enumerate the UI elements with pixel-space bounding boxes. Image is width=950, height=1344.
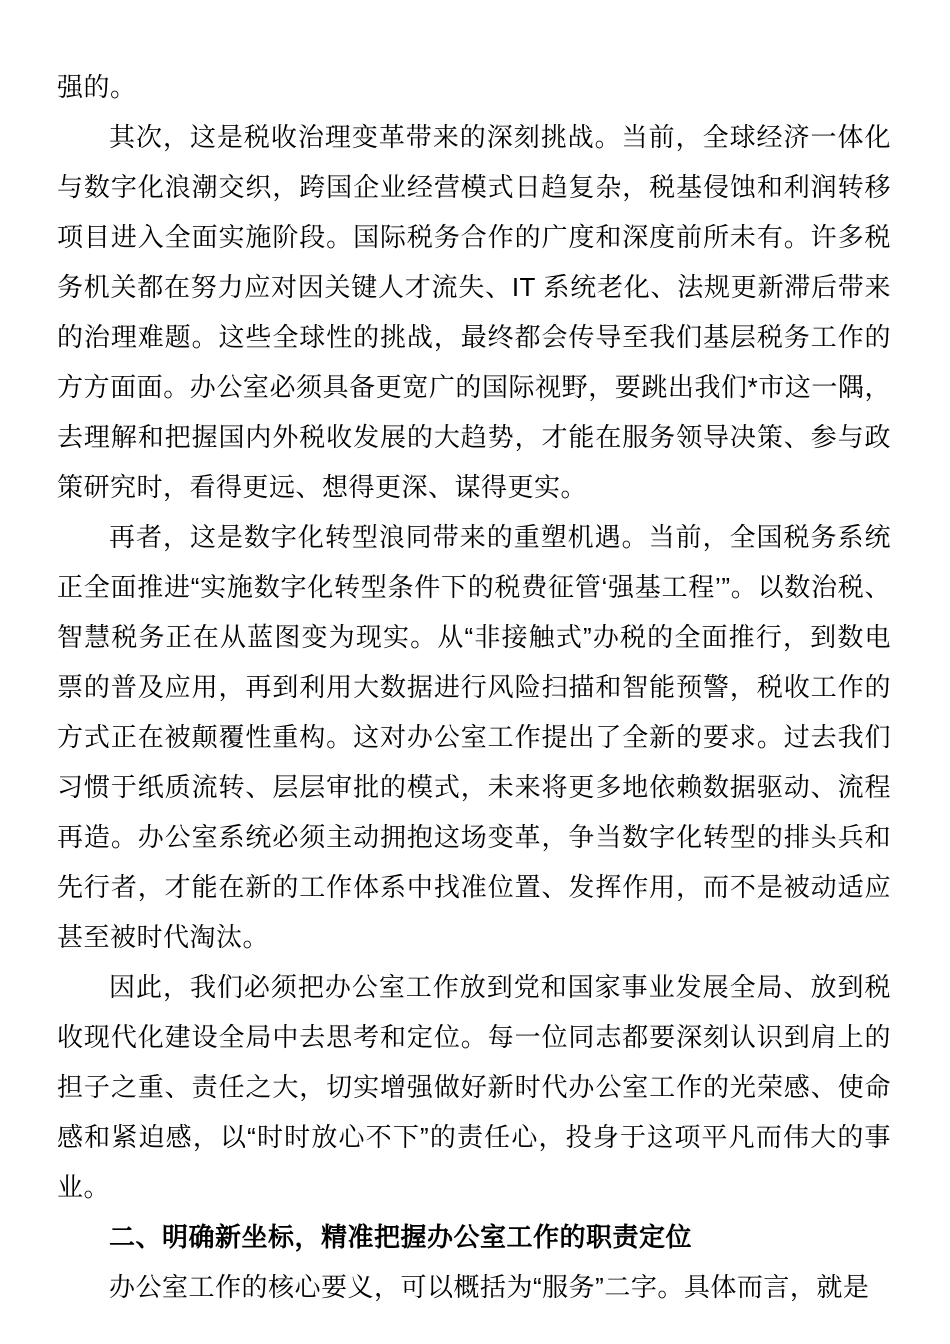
paragraph-tax-governance-challenge: 其次，这是税收治理变革带来的深刻挑战。当前，全球经济一体化与数字化浪潮交织，跨国… bbox=[57, 112, 891, 512]
paragraph-service-definition: 办公室工作的核心要义，可以概括为“服务”二字。具体而言，就是 bbox=[57, 1262, 891, 1312]
paragraph-digital-transformation-opportunity: 再者，这是数字化转型浪同带来的重塑机遇。当前，全国税务系统正全面推进“实施数字化… bbox=[57, 512, 891, 962]
section-heading-2: 二、明确新坐标，精准把握办公室工作的职责定位 bbox=[57, 1212, 891, 1262]
paragraph-continuation: 强的。 bbox=[57, 62, 891, 112]
document-page: 强的。 其次，这是税收治理变革带来的深刻挑战。当前，全球经济一体化与数字化浪潮交… bbox=[0, 0, 950, 1344]
paragraph-responsibility-conclusion: 因此，我们必须把办公室工作放到党和国家事业发展全局、放到税收现代化建设全局中去思… bbox=[57, 962, 891, 1212]
